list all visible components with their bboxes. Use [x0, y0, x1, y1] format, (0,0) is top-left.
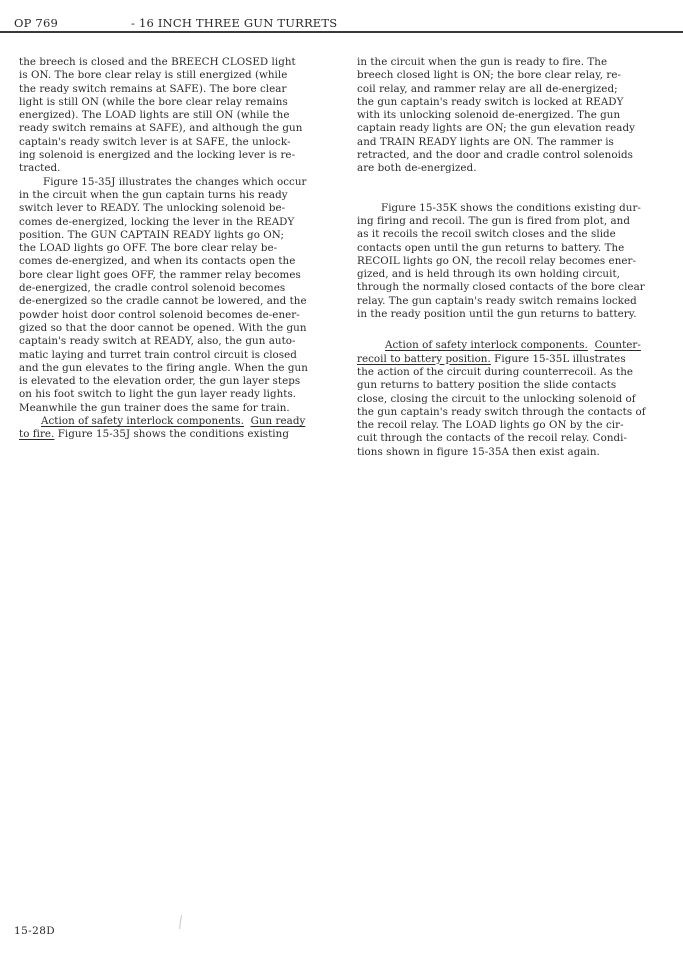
- text-line: tracted.: [19, 162, 332, 175]
- text-line: cuit through the contacts of the recoil …: [357, 432, 667, 445]
- text-line: Action of safety interlock components. C…: [357, 339, 667, 352]
- text-line: the action of the circuit during counter…: [357, 366, 667, 379]
- text-line: recoil to battery position. Figure 15-35…: [357, 353, 667, 366]
- text-line: comes de-energized, and when its contact…: [19, 255, 332, 268]
- text-line: position. The GUN CAPTAIN READY lights g…: [19, 229, 332, 242]
- text-line: coil relay, and rammer relay are all de-…: [357, 83, 667, 96]
- right-column: in the circuit when the gun is ready to …: [357, 56, 667, 459]
- section-heading: Action of safety interlock components.: [41, 415, 244, 427]
- text-line: breech closed light is ON; the bore clea…: [357, 69, 667, 82]
- text-line: de-energized, the cradle control solenoi…: [19, 282, 332, 295]
- text-line: tions shown in figure 15-35A then exist …: [357, 446, 667, 459]
- text-line: in the ready position until the gun retu…: [357, 308, 667, 321]
- text-line: retracted, and the door and cradle contr…: [357, 149, 667, 162]
- subsection-heading: Counter-: [595, 339, 641, 351]
- section-heading: Action of safety interlock components.: [385, 339, 588, 351]
- left-column: the breech is closed and the BREECH CLOS…: [19, 56, 332, 442]
- page-number: 15-28D: [14, 925, 55, 937]
- header-rule: [0, 31, 683, 33]
- subsection-heading: to fire.: [19, 428, 54, 440]
- text-line: RECOIL lights go ON, the recoil relay be…: [357, 255, 667, 268]
- text-line: ing solenoid is energized and the lockin…: [19, 149, 332, 162]
- text-line: captain's ready switch lever is at SAFE,…: [19, 136, 332, 149]
- text-line: with its unlocking solenoid de-energized…: [357, 109, 667, 122]
- paragraph-gun-ready-to-fire: Action of safety interlock components. G…: [19, 415, 332, 442]
- text-line: to fire. Figure 15-35J shows the conditi…: [19, 428, 332, 441]
- text-line: Figure 15-35J illustrates the changes wh…: [19, 176, 332, 189]
- page-header: OP 769 - 16 INCH THREE GUN TURRETS: [0, 10, 683, 32]
- text-line: close, closing the circuit to the unlock…: [357, 393, 667, 406]
- text-line: Meanwhile the gun trainer does the same …: [19, 402, 332, 415]
- text-line: ready switch remains at SAFE), and altho…: [19, 122, 332, 135]
- paragraph-figure-15-35j: Figure 15-35J illustrates the changes wh…: [19, 176, 332, 415]
- text-line: in the circuit when the gun captain turn…: [19, 189, 332, 202]
- body-text: Figure 15-35J shows the conditions exist…: [54, 428, 289, 440]
- text-line: are both de-energized.: [357, 162, 667, 175]
- body-text: Figure 15-35L illustrates: [491, 353, 626, 365]
- text-line: captain's ready switch at READY, also, t…: [19, 335, 332, 348]
- text-line: is elevated to the elevation order, the …: [19, 375, 332, 388]
- text-line: Figure 15-35K shows the conditions exist…: [357, 202, 667, 215]
- text-line: the breech is closed and the BREECH CLOS…: [19, 56, 332, 69]
- text-line: Action of safety interlock components. G…: [19, 415, 332, 428]
- text-line: ing firing and recoil. The gun is fired …: [357, 215, 667, 228]
- text-line: matic laying and turret train control ci…: [19, 349, 332, 362]
- subsection-heading: Gun ready: [251, 415, 306, 427]
- text-line: the ready switch remains at SAFE). The b…: [19, 83, 332, 96]
- subsection-heading: recoil to battery position.: [357, 353, 491, 365]
- text-line: contacts open until the gun returns to b…: [357, 242, 667, 255]
- document-id: OP 769: [14, 16, 58, 30]
- text-line: gized so that the door cannot be opened.…: [19, 322, 332, 335]
- text-line: relay. The gun captain's ready switch re…: [357, 295, 667, 308]
- text-line: gun returns to battery position the slid…: [357, 379, 667, 392]
- text-line: as it recoils the recoil switch closes a…: [357, 228, 667, 241]
- text-line: is ON. The bore clear relay is still ene…: [19, 69, 332, 82]
- text-line: through the normally closed contacts of …: [357, 281, 667, 294]
- text-line: the gun captain's ready switch through t…: [357, 406, 667, 419]
- text-line: on his foot switch to light the gun laye…: [19, 388, 332, 401]
- text-line: switch lever to READY. The unlocking sol…: [19, 202, 332, 215]
- text-line: light is still ON (while the bore clear …: [19, 96, 332, 109]
- text-line: gized, and is held through its own holdi…: [357, 268, 667, 281]
- running-title: - 16 INCH THREE GUN TURRETS: [131, 16, 337, 30]
- text-line: bore clear light goes OFF, the rammer re…: [19, 269, 332, 282]
- text-line: energized). The LOAD lights are still ON…: [19, 109, 332, 122]
- text-line: de-energized so the cradle cannot be low…: [19, 295, 332, 308]
- paragraph-counterrecoil: Action of safety interlock components. C…: [357, 339, 667, 459]
- text-line: and the gun elevates to the firing angle…: [19, 362, 332, 375]
- paragraph-ready-to-fire-circuit: in the circuit when the gun is ready to …: [357, 56, 667, 176]
- text-line: comes de-energized, locking the lever in…: [19, 216, 332, 229]
- text-line: powder hoist door control solenoid becom…: [19, 309, 332, 322]
- paragraph-figure-15-35k: Figure 15-35K shows the conditions exist…: [357, 202, 667, 322]
- text-line: captain ready lights are ON; the gun ele…: [357, 122, 667, 135]
- text-line: and TRAIN READY lights are ON. The ramme…: [357, 136, 667, 149]
- paragraph-breech-closed: the breech is closed and the BREECH CLOS…: [19, 56, 332, 176]
- text-line: the LOAD lights go OFF. The bore clear r…: [19, 242, 332, 255]
- text-line: the recoil relay. The LOAD lights go ON …: [357, 419, 667, 432]
- scan-mark: [179, 915, 182, 929]
- text-line: in the circuit when the gun is ready to …: [357, 56, 667, 69]
- text-line: the gun captain's ready switch is locked…: [357, 96, 667, 109]
